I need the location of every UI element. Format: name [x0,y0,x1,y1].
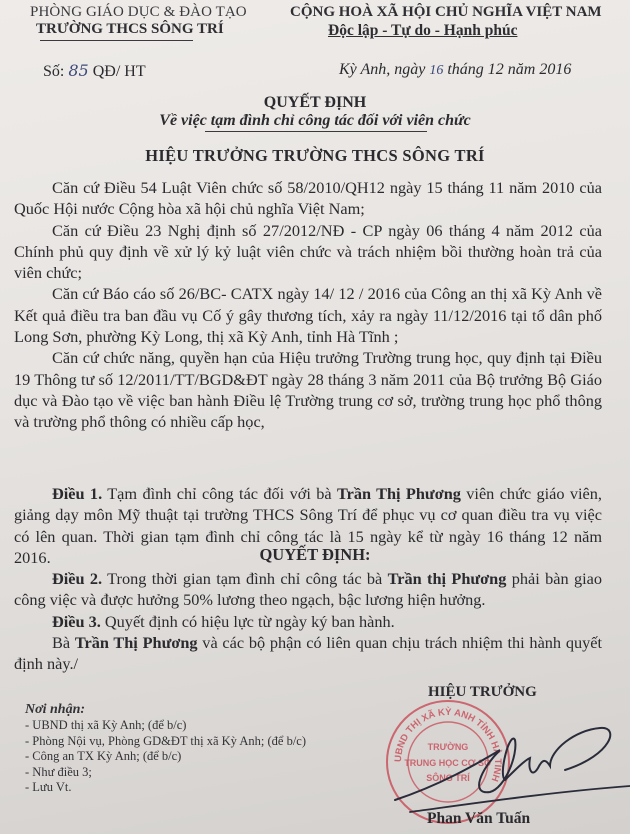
document-number: Số: 85 QĐ/ HT [43,61,146,81]
person-name: Trần thị Phương [388,569,507,588]
subtitle-underline [205,131,427,132]
recipients-title: Nơi nhận: [25,702,306,717]
preamble-paragraph: Căn cứ Điều 54 Luật Viên chức số 58/2010… [14,177,602,220]
date-suffix: tháng 12 năm 2016 [447,61,571,78]
recipient-item: - Như điều 3; [25,765,306,780]
article-1: Điều 1. Tạm đình chỉ công tác đối với bà… [14,483,602,568]
header-divider [40,40,193,41]
person-name: Trần Thị Phương [75,633,198,652]
articles: Điều 1. Tạm đình chỉ công tác đối với bà… [14,483,602,675]
signer-name: Phan Văn Tuấn [427,810,530,828]
date-day: 16 [429,63,443,78]
signer-title: HIỆU TRƯỞNG [428,684,537,701]
document-title: QUYẾT ĐỊNH [0,94,630,112]
document-number-label: Số: [43,63,64,80]
issuing-authority: HIỆU TRƯỞNG TRƯỜNG THCS SÔNG TRÍ [0,146,630,166]
closing-paragraph: Bà Trần Thị Phương và các bộ phận có liê… [14,632,602,675]
date-prefix: Kỳ Anh, ngày [339,61,425,78]
national-motto: Độc lập - Tự do - Hạnh phúc [328,22,517,40]
recipient-item: - Phòng Nội vụ, Phòng GD&ĐT thị xã Kỳ An… [25,734,306,749]
article-text: Quyết định có hiệu lực từ ngày ký ban hà… [101,612,395,631]
article-label: Điều 2. [52,569,102,588]
issuing-school: TRƯỜNG THCS SÔNG TRÍ [36,21,224,38]
document-date: Kỳ Anh, ngày 16 tháng 12 năm 2016 [339,61,571,79]
recipient-item: - Lưu Vt. [25,780,306,795]
article-label: Điều 1. [52,484,102,503]
document-number-suffix: QĐ/ HT [93,63,146,80]
article-label: Điều 3. [52,612,101,631]
article-text: Trong thời gian tạm đình chỉ công tác bà [102,569,388,588]
preamble-paragraph: Căn cứ Điều 23 Nghị định số 27/2012/NĐ -… [14,220,602,284]
preamble: Căn cứ Điều 54 Luật Viên chức số 58/2010… [14,177,602,433]
document-number-value: 85 [68,61,88,80]
person-name: Trần Thị Phương [337,484,461,503]
recipients-list: Nơi nhận: - UBND thị xã Kỳ Anh; (để b/c)… [25,702,306,795]
recipient-item: - UBND thị xã Kỳ Anh; (để b/c) [25,718,306,733]
article-text: Tạm đình chỉ công tác đối với bà [102,484,337,503]
document-subtitle: Về việc tạm đình chỉ công tác đối với vi… [0,112,630,130]
issuing-department: PHÒNG GIÁO DỤC & ĐÀO TẠO [30,4,247,21]
preamble-paragraph: Căn cứ chức năng, quyền hạn của Hiệu trư… [14,347,602,432]
recipient-item: - Công an TX Kỳ Anh; (để b/c) [25,749,306,764]
national-title: CỘNG HOÀ XÃ HỘI CHỦ NGHĨA VIỆT NAM [290,4,602,21]
closing-text: Bà [52,633,75,652]
handwritten-signature-icon [390,700,630,820]
preamble-paragraph: Căn cứ Báo cáo số 26/BC- CATX ngày 14/ 1… [14,283,602,347]
article-2: Điều 2. Trong thời gian tạm đình chỉ côn… [14,568,602,611]
article-3: Điều 3. Quyết định có hiệu lực từ ngày k… [14,611,602,632]
